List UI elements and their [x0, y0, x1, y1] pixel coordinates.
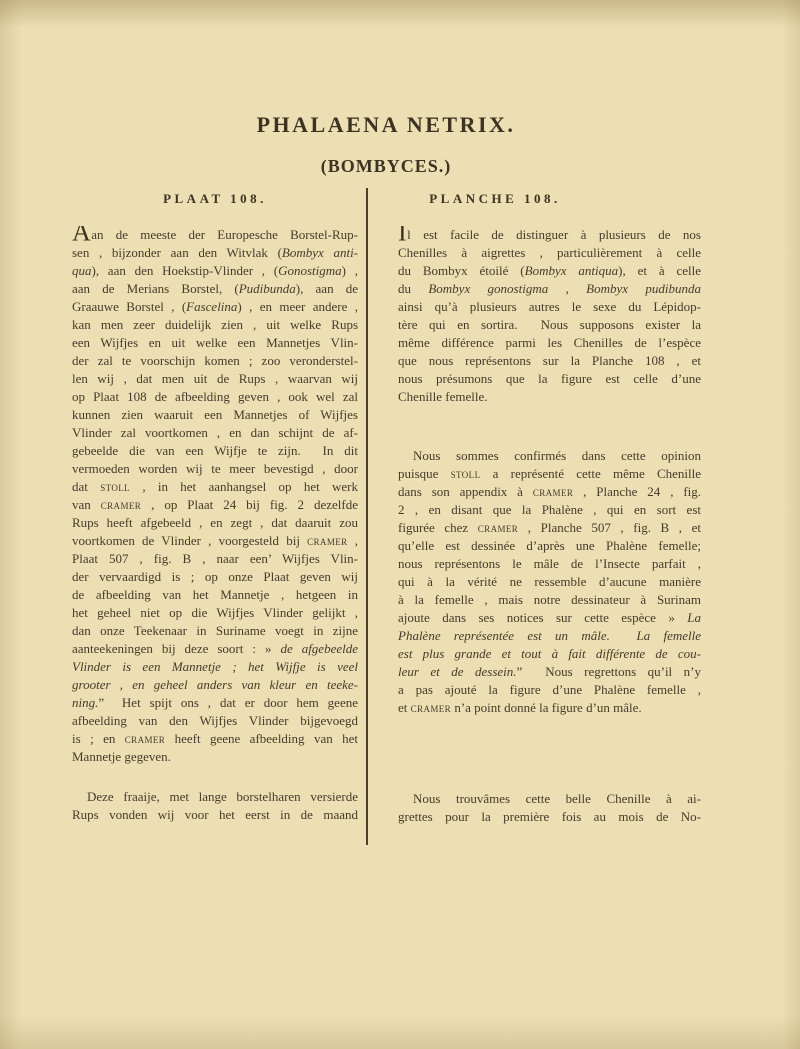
text-line: Phalène représentée est un mâle. La feme…	[398, 627, 701, 645]
text-segment: a pas ajouté la figure d’une Phalène fem…	[398, 682, 701, 697]
text-segment: 2 , en disant que la Phalène , qui en so…	[398, 502, 701, 517]
text-line: kan men zeer duidelijk zien , uit welke …	[72, 316, 358, 334]
text-segment: cramer	[125, 731, 165, 746]
text-line: qua), aan den Hoekstip-Vlinder , (Gonost…	[72, 262, 358, 280]
text-line: ning.” Het spijt ons , dat er door hem g…	[72, 694, 358, 712]
text-segment: Bombyx gonostigma	[428, 281, 548, 296]
paragraph: Nous sommes confirmés dans cette opinion…	[398, 447, 701, 717]
text-segment: der zal te voorschijn komen ; zoo verond…	[72, 353, 358, 368]
text-segment: tère qui en sortira. Nous supposons exis…	[398, 317, 701, 332]
text-segment: van	[72, 497, 101, 512]
text-segment: ” Het spijt ons , dat er door hem geene	[98, 695, 358, 710]
page-title: PHALAENA NETRIX.	[0, 112, 772, 138]
text-line: Il est facile de distinguer à plusieurs …	[398, 226, 701, 244]
text-segment: et	[398, 700, 411, 715]
text-line: der vervaardigd is ; op onze Plaat geven…	[72, 568, 358, 586]
text-line: der zal te voorschijn komen ; zoo verond…	[72, 352, 358, 370]
text-segment: à la femelle , mais notre dessinateur à …	[398, 592, 701, 607]
text-line: ainsi qu’à plusieurs autres le sexe du L…	[398, 298, 701, 316]
text-line: dat stoll , in het aanhangsel op het wer…	[72, 478, 358, 496]
text-segment: ning.	[72, 695, 98, 710]
text-line: len wij , dat men uit de Rups , waarvan …	[72, 370, 358, 388]
text-segment: dan onze Teekenaar in Suriname voegt in …	[72, 623, 358, 638]
text-line: Vlinder is een Mannetje ; het Wijfje is …	[72, 658, 358, 676]
text-line: op Plaat 108 de afbeelding geven , ook w…	[72, 388, 358, 406]
text-segment: même différence parmi les Chenilles de l…	[398, 335, 701, 350]
text-line: Deze fraaije, met lange borstelharen ver…	[72, 788, 358, 806]
text-segment: Graauwe Borstel , (	[72, 299, 186, 314]
text-segment: Phalène représentée est un mâle. La feme…	[398, 628, 701, 643]
drop-cap: A	[72, 226, 91, 244]
text-line: van cramer , op Plaat 24 bij fig. 2 deze…	[72, 496, 358, 514]
text-segment: nous représentons le mâle de l’Insecte p…	[398, 556, 701, 571]
text-segment: Plaat 507 , fig. B , naar een’ Wijfjes V…	[72, 551, 358, 566]
text-line: nous présumons que la figure est celle d…	[398, 370, 701, 388]
text-line: vermoeden worden wij te meer bevestigd ,…	[72, 460, 358, 478]
text-segment: sen , bijzonder aan den Witvlak (	[72, 245, 282, 260]
text-segment: an de meeste der Europesche Borstel-Rup-	[91, 227, 358, 242]
text-segment: aanteekeningen bij deze soort : »	[72, 641, 280, 656]
text-line: Rups heeft afgebeeld , en zegt , dat daa…	[72, 514, 358, 532]
text-segment: dans son appendix à	[398, 484, 533, 499]
left-column-header: PLAAT 108.	[72, 191, 358, 207]
page-subtitle: (BOMBYCES.)	[0, 156, 772, 177]
text-line: du Bombyx étoilé (Bombyx antiqua), et à …	[398, 262, 701, 280]
text-line: sen , bijzonder aan den Witvlak (Bombyx …	[72, 244, 358, 262]
text-segment: Bombyx antiqua	[525, 263, 618, 278]
text-line: Nous sommes confirmés dans cette opinion	[398, 447, 701, 465]
text-line: een Wijfjes en uit welke een Mannetjes V…	[72, 334, 358, 352]
text-segment: Deze fraaije, met lange borstelharen ver…	[87, 789, 358, 804]
text-segment: kunnen zien waaruit een Mannetjes of Wij…	[72, 407, 358, 422]
text-segment: stoll	[100, 479, 130, 494]
text-segment: Vlinder zal voortkomen , en dan schijnt …	[72, 425, 358, 440]
text-line: dan onze Teekenaar in Suriname voegt in …	[72, 622, 358, 640]
text-segment: puisque	[398, 466, 451, 481]
text-segment: Pudibunda	[239, 281, 296, 296]
text-line: Aan de meeste der Europesche Borstel-Rup…	[72, 226, 358, 244]
text-line: du Bombyx gonostigma , Bombyx pudibunda	[398, 280, 701, 298]
text-segment: , Planche 507 , fig. B , et	[518, 520, 701, 535]
text-segment: ) , en meer andere ,	[237, 299, 358, 314]
text-segment: cramer	[307, 533, 347, 548]
text-line: ajoute dans ses notices sur cette espèce…	[398, 609, 701, 627]
text-line: aan de Merians Borstel, (Pudibunda), aan…	[72, 280, 358, 298]
text-line: à la femelle , mais notre dessinateur à …	[398, 591, 701, 609]
text-segment: is ; en	[72, 731, 125, 746]
text-segment: Nous trouvâmes cette belle Chenille à ai…	[413, 791, 701, 806]
text-line: qui à la vérité ne ressemble d’aucune ma…	[398, 573, 701, 591]
text-segment: Rups heeft afgebeeld , en zegt , dat daa…	[72, 515, 358, 530]
text-segment: n’a point donné la figure d’un mâle.	[451, 700, 642, 715]
text-segment: qua	[72, 263, 92, 278]
text-line: qu’elle est dessinée d’après une Phalène…	[398, 537, 701, 555]
text-segment: kan men zeer duidelijk zien , uit welke …	[72, 317, 358, 332]
text-line: tère qui en sortira. Nous supposons exis…	[398, 316, 701, 334]
paragraph: Deze fraaije, met lange borstelharen ver…	[72, 788, 358, 824]
text-segment: ,	[348, 533, 358, 548]
text-segment: , Planche 24 , fig.	[573, 484, 701, 499]
text-line: Chenilles à aigrettes , particulièrement…	[398, 244, 701, 262]
text-segment: Fascelina	[186, 299, 237, 314]
text-segment: Bombyx anti-	[282, 245, 358, 260]
text-line: que nous représentons sur la Planche 108…	[398, 352, 701, 370]
text-line: de afbeelding van het Mannetje , hetgeen…	[72, 586, 358, 604]
text-segment: Bombyx pudibunda	[586, 281, 701, 296]
column-divider-rule	[366, 188, 368, 845]
text-line: puisque stoll a représenté cette même Ch…	[398, 465, 701, 483]
text-line: is ; en cramer heeft geene afbeelding va…	[72, 730, 358, 748]
text-segment: de afgebeelde	[280, 641, 358, 656]
text-segment: Rups vonden wij voor het eerst in de maa…	[72, 807, 358, 822]
book-page: PHALAENA NETRIX. (BOMBYCES.) PLAAT 108. …	[0, 0, 800, 1049]
text-line: Graauwe Borstel , (Fascelina) , en meer …	[72, 298, 358, 316]
text-segment: voortkomen de Vlinder , voorgesteld bij	[72, 533, 307, 548]
text-segment: leur et de dessein.	[398, 664, 517, 679]
text-segment: ” Nous regrettons qu’il n’y	[517, 664, 701, 679]
text-line: het geheel niet op die Wijfjes Vlinder g…	[72, 604, 358, 622]
text-segment: op Plaat 108 de afbeelding geven , ook w…	[72, 389, 358, 404]
text-segment: figurée chez	[398, 520, 478, 535]
text-segment: Gonostigma	[278, 263, 342, 278]
text-segment: ), aan den Hoekstip-Vlinder , (	[92, 263, 279, 278]
drop-cap: I	[398, 226, 407, 244]
text-line: même différence parmi les Chenilles de l…	[398, 334, 701, 352]
text-segment: cramer	[533, 484, 573, 499]
text-segment: ) ,	[342, 263, 358, 278]
text-segment: cramer	[101, 497, 141, 512]
text-line: aanteekeningen bij deze soort : » de afg…	[72, 640, 358, 658]
text-segment: de afbeelding van het Mannetje , hetgeen…	[72, 587, 358, 602]
text-line: gebeelde die van een Wijfje te zijn. In …	[72, 442, 358, 460]
text-segment: afbeelding van den Wijfjes Vlinder bijge…	[72, 713, 358, 728]
text-segment: Chenille femelle.	[398, 389, 488, 404]
text-segment: que nous représentons sur la Planche 108…	[398, 353, 701, 368]
text-segment: a représenté cette même Chenille	[480, 466, 701, 481]
text-segment: der vervaardigd is ; op onze Plaat geven…	[72, 569, 358, 584]
text-segment: , in het aanhangsel op het werk	[130, 479, 358, 494]
text-segment: het geheel niet op die Wijfjes Vlinder g…	[72, 605, 358, 620]
text-segment: qu’elle est dessinée d’après une Phalène…	[398, 538, 701, 553]
text-line: a pas ajouté la figure d’une Phalène fem…	[398, 681, 701, 699]
right-column-header: PLANCHE 108.	[390, 191, 600, 207]
text-segment: cramer	[411, 700, 451, 715]
text-segment: nous présumons que la figure est celle d…	[398, 371, 701, 386]
text-line: grooter , en geheel anders van kleur en …	[72, 676, 358, 694]
text-line: Plaat 507 , fig. B , naar een’ Wijfjes V…	[72, 550, 358, 568]
text-segment: qui à la vérité ne ressemble d’aucune ma…	[398, 574, 701, 589]
text-line: nous représentons le mâle de l’Insecte p…	[398, 555, 701, 573]
text-line: Chenille femelle.	[398, 388, 701, 406]
text-segment: dat	[72, 479, 100, 494]
text-line: Mannetje gegeven.	[72, 748, 358, 766]
text-segment: Vlinder is een Mannetje ; het Wijfje is …	[72, 659, 358, 674]
text-segment: l est facile de distinguer à plusieurs d…	[407, 227, 701, 242]
text-segment: heeft geene afbeelding van het	[165, 731, 358, 746]
text-segment: La	[687, 610, 701, 625]
text-segment: Mannetje gegeven.	[72, 749, 171, 764]
text-segment: ajoute dans ses notices sur cette espèce…	[398, 610, 687, 625]
text-segment: Nous sommes confirmés dans cette opinion	[413, 448, 701, 463]
text-line: voortkomen de Vlinder , voorgesteld bij …	[72, 532, 358, 550]
text-segment: Chenilles à aigrettes , particulièrement…	[398, 245, 701, 260]
text-segment: du Bombyx étoilé (	[398, 263, 525, 278]
text-line: figurée chez cramer , Planche 507 , fig.…	[398, 519, 701, 537]
text-segment: cramer	[478, 520, 518, 535]
text-segment: grooter , en geheel anders van kleur en …	[72, 677, 358, 692]
text-segment: ,	[548, 281, 586, 296]
text-segment: gebeelde die van een Wijfje te zijn. In …	[72, 443, 358, 458]
text-segment: een Wijfjes en uit welke een Mannetjes V…	[72, 335, 358, 350]
text-line: et cramer n’a point donné la figure d’un…	[398, 699, 701, 717]
paragraph: Il est facile de distinguer à plusieurs …	[398, 226, 701, 406]
text-line: 2 , en disant que la Phalène , qui en so…	[398, 501, 701, 519]
text-line: Nous trouvâmes cette belle Chenille à ai…	[398, 790, 701, 808]
text-line: est plus grande et tout à fait différent…	[398, 645, 701, 663]
text-segment: grettes pour la première fois au mois de…	[398, 809, 701, 824]
text-segment: ), et à celle	[618, 263, 701, 278]
paragraph: Aan de meeste der Europesche Borstel-Rup…	[72, 226, 358, 766]
text-segment: ), aan de	[296, 281, 358, 296]
text-line: grettes pour la première fois au mois de…	[398, 808, 701, 826]
column-french-text: Il est facile de distinguer à plusieurs …	[398, 226, 701, 826]
text-segment: du	[398, 281, 428, 296]
text-segment: stoll	[451, 466, 481, 481]
text-segment: est plus grande et tout à fait différent…	[398, 646, 701, 661]
column-dutch-text: Aan de meeste der Europesche Borstel-Rup…	[72, 226, 358, 824]
text-line: Rups vonden wij voor het eerst in de maa…	[72, 806, 358, 824]
text-line: dans son appendix à cramer , Planche 24 …	[398, 483, 701, 501]
text-line: leur et de dessein.” Nous regrettons qu’…	[398, 663, 701, 681]
text-segment: aan de Merians Borstel, (	[72, 281, 239, 296]
text-line: kunnen zien waaruit een Mannetjes of Wij…	[72, 406, 358, 424]
text-line: afbeelding van den Wijfjes Vlinder bijge…	[72, 712, 358, 730]
text-segment: len wij , dat men uit de Rups , waarvan …	[72, 371, 358, 386]
text-segment: ainsi qu’à plusieurs autres le sexe du L…	[398, 299, 701, 314]
text-segment: vermoeden worden wij te meer bevestigd ,…	[72, 461, 358, 476]
text-segment: , op Plaat 24 bij fig. 2 dezelfde	[141, 497, 358, 512]
paragraph: Nous trouvâmes cette belle Chenille à ai…	[398, 790, 701, 826]
text-line: Vlinder zal voortkomen , en dan schijnt …	[72, 424, 358, 442]
